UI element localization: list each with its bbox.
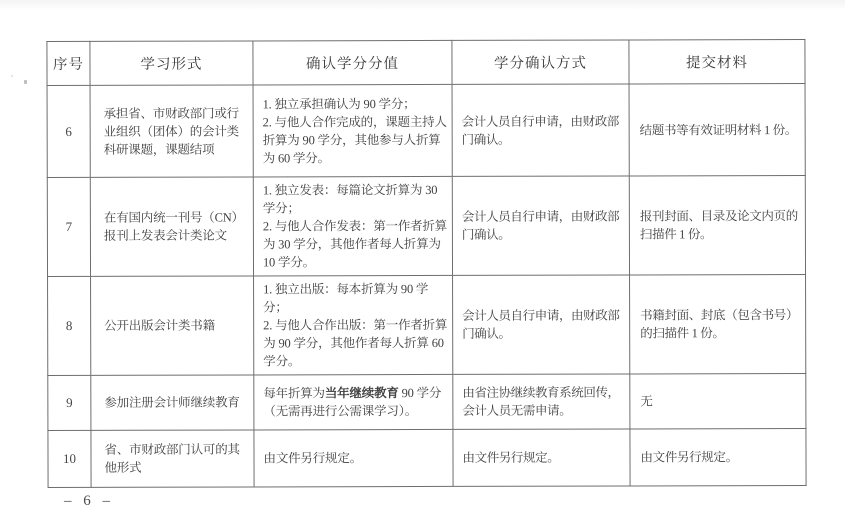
cell-credit-value: 每年折算为当年继续教育 90 学分 （无需再进行公需课学习）。 (254, 374, 453, 430)
credit-confirmation-table-wrapper: 序号 学习形式 确认学分分值 学分确认方式 提交材料 6 承担省、市财政部门或行… (46, 39, 805, 488)
scan-edge-shade (0, 0, 845, 10)
header-credit-value: 确认学分分值 (253, 40, 452, 85)
scan-speck (24, 80, 27, 84)
page-number: – 6 – (64, 493, 114, 510)
cell-credit-value: 1. 独立出版：每本折算为 90 学分； 2. 与他人合作出版：第一作者折算为 … (254, 275, 453, 375)
header-submitted-materials: 提交材料 (629, 40, 805, 84)
table-row: 6 承担省、市财政部门或行业组织（团体）的会计类科研课题，课题结项 1. 独立承… (47, 84, 805, 178)
cell-learning-form: 省、市财政部门认可的其他形式 (91, 430, 254, 487)
scan-speck (11, 75, 13, 77)
cell-confirmation-method: 会计人员自行申请，由财政部门确认。 (452, 84, 629, 176)
cell-serial-number: 10 (48, 430, 91, 487)
cell-learning-form: 在有国内统一刊号（CN）报刊上发表会计类论文 (90, 177, 253, 276)
cell-learning-form: 公开出版会计类书籍 (91, 276, 254, 375)
table-row: 7 在有国内统一刊号（CN）报刊上发表会计类论文 1. 独立发表：每篇论文折算为… (47, 176, 805, 277)
cell-credit-value: 1. 独立发表：每篇论文折算为 30 学分； 2. 与他人合作发表：第一作者折算… (253, 176, 452, 276)
cell-credit-value: 由文件另行规定。 (254, 429, 453, 487)
header-learning-form: 学习形式 (90, 41, 253, 85)
cell-confirmation-method: 会计人员自行申请，由财政部门确认。 (453, 275, 630, 374)
credit-text-bold: 当年继续教育 (325, 386, 399, 400)
table-row: 10 省、市财政部门认可的其他形式 由文件另行规定。 由文件另行规定。 由文件另… (48, 429, 806, 488)
header-row: 序号 学习形式 确认学分分值 学分确认方式 提交材料 (47, 40, 805, 86)
cell-serial-number: 8 (48, 276, 91, 375)
cell-serial-number: 6 (47, 85, 90, 177)
cell-submitted-materials: 无 (630, 374, 806, 429)
cell-serial-number: 7 (47, 177, 90, 276)
cell-learning-form: 承担省、市财政部门或行业组织（团体）的会计类科研课题，课题结项 (90, 85, 253, 177)
cell-credit-value: 1. 独立承担确认为 90 学分； 2. 与他人合作完成的，课题主持人折算为 9… (253, 84, 452, 177)
cell-confirmation-method: 由文件另行规定。 (453, 429, 630, 486)
cell-submitted-materials: 报刊封面、目录及论文内页的扫描件 1 份。 (629, 176, 805, 275)
table-row: 8 公开出版会计类书籍 1. 独立出版：每本折算为 90 学分； 2. 与他人合… (48, 275, 806, 376)
table-row: 9 参加注册会计师继续教育 每年折算为当年继续教育 90 学分 （无需再进行公需… (48, 374, 806, 431)
credit-confirmation-table: 序号 学习形式 确认学分分值 学分确认方式 提交材料 6 承担省、市财政部门或行… (46, 39, 806, 488)
header-confirmation-method: 学分确认方式 (452, 40, 629, 84)
cell-confirmation-method: 由省注协继续教育系统回传，会计人员无需申请。 (453, 374, 630, 429)
cell-confirmation-method: 会计人员自行申请，由财政部门确认。 (452, 176, 629, 275)
credit-text-prefix: 每年折算为 (263, 386, 325, 400)
cell-submitted-materials: 结题书等有效证明材料 1 份。 (629, 84, 805, 176)
cell-learning-form: 参加注册会计师继续教育 (91, 375, 254, 430)
header-serial-number: 序号 (47, 41, 90, 85)
cell-submitted-materials: 书籍封面、封底（包含书号）的扫描件 1 份。 (630, 275, 806, 374)
cell-submitted-materials: 由文件另行规定。 (630, 429, 806, 486)
cell-serial-number: 9 (48, 375, 91, 430)
